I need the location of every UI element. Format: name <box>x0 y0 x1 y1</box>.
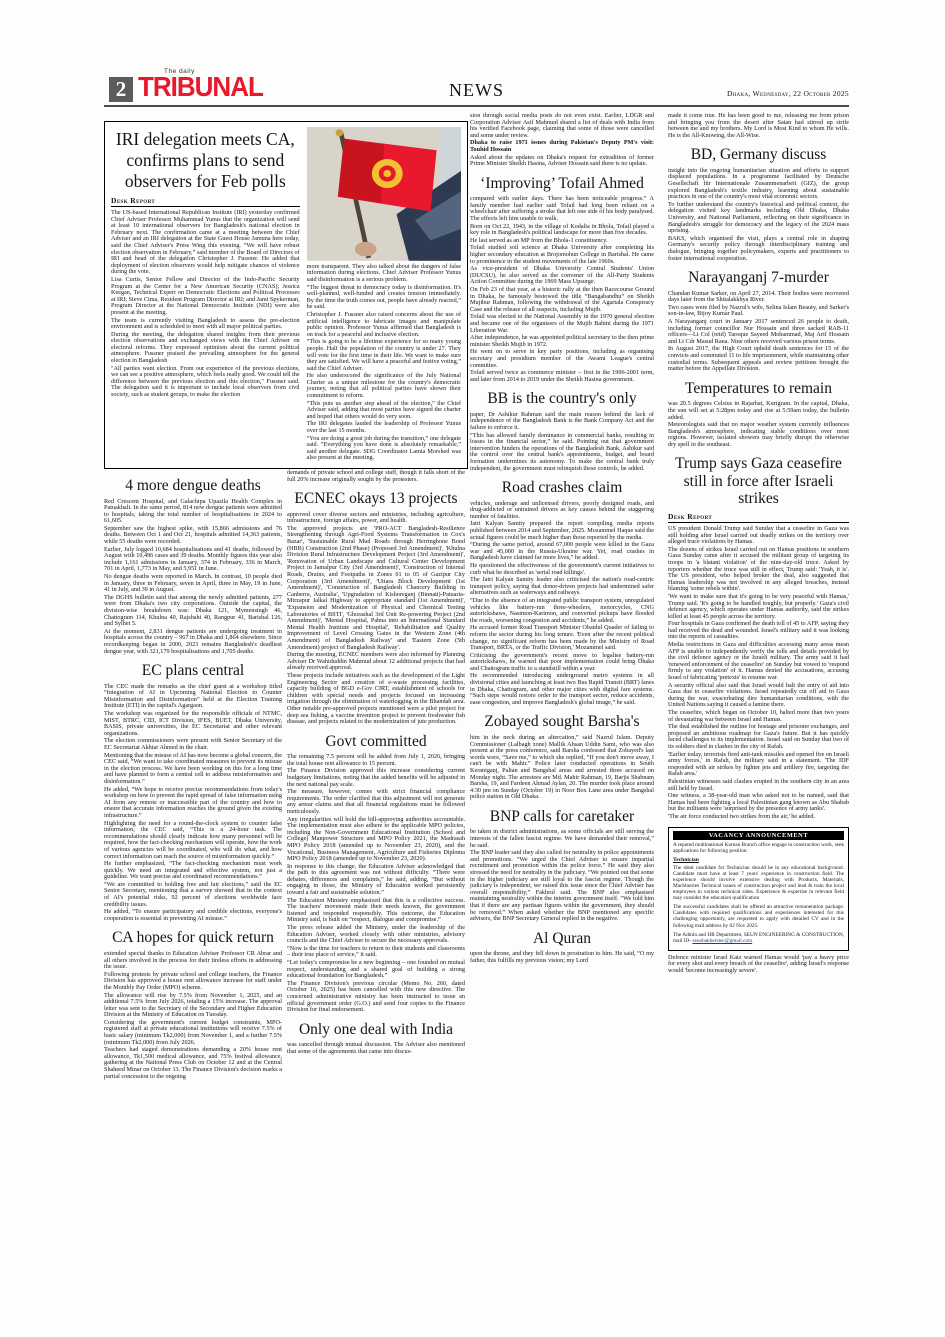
article-paragraph: vehicles, underage and unlicensed driver… <box>470 501 654 521</box>
article-headline: BD, Germany discuss <box>668 146 849 164</box>
article-paragraph: He went on to serve in key party positio… <box>470 349 654 369</box>
article-paragraph: Criticising the government's recent move… <box>470 653 654 673</box>
vacancy-advertisement: VACANCY ANNOUNCEMENT A reputed multinati… <box>668 827 849 951</box>
article-paragraph: The CEC made the remarks as the chief gu… <box>104 684 282 710</box>
byline: Desk Report <box>668 512 849 523</box>
article-paragraph: demands of private school and college st… <box>287 470 465 483</box>
article-temperatures-to-remain: Temperatures to remainwas 20.5 degrees C… <box>668 380 849 449</box>
article-paragraph: was 20.5 degrees Celsius in Rajarhat, Ku… <box>668 401 849 421</box>
article-continuation-al-quran: made it come true. He has been good to m… <box>668 113 849 139</box>
ad-intro: A reputed multinational Korean Branch of… <box>673 842 844 854</box>
article-paragraph: In response to this change, the Educatio… <box>287 864 465 897</box>
article-paragraph: Meteorologists said that no major weathe… <box>668 422 849 448</box>
article-paragraph: The deal established the outline for hos… <box>668 724 849 750</box>
article-zobayed-sought-barsha: Zobayed sought Barsha'shim in the neck d… <box>470 713 654 800</box>
article-headline: ‘Improving’ Tofail Ahmed <box>470 175 654 193</box>
article-paragraph: “Let today's compromise be a new beginni… <box>287 960 465 980</box>
article-paragraph: Following protests by private school and… <box>104 972 282 992</box>
ad-requirements: The ideal candidate for Technician shoul… <box>673 865 844 902</box>
article-paragraph: During the meeting, the delegation share… <box>111 332 300 365</box>
article-paragraph: “Now is the time for teachers to return … <box>287 946 465 959</box>
article-paragraph: A security official also said that Israe… <box>668 683 849 709</box>
article-ca-hopes-quick-return: CA hopes for quick returnextended specia… <box>104 929 282 1080</box>
article-paragraph: made it come true. He has been good to m… <box>668 113 849 139</box>
column-2: demands of private school and college st… <box>287 470 465 1056</box>
article-paragraph: The measure, however, comes with strict … <box>287 789 465 815</box>
article-headline: Al Quran <box>470 930 654 948</box>
article-only-one-deal-india: Only one deal with Indiawas cancelled th… <box>287 1021 465 1056</box>
article-paragraph: During the meeting, ECNEC members were a… <box>287 652 465 672</box>
article-paragraph: 'We want to make sure that it's going to… <box>668 594 849 620</box>
article-paragraph: The dozens of strikes Israel carried out… <box>668 547 849 593</box>
newspaper-page: 2 The daily TRIBUNAL NEWS Dhaka, Wednesd… <box>0 0 945 1337</box>
column-3: sion through social media posts do not e… <box>470 113 654 965</box>
article-paragraph: insight into the ongoing humanitarian si… <box>668 168 849 201</box>
article-paragraph: “This puts us another step ahead of the … <box>307 401 461 421</box>
article-paragraph: Two cases were filed by Nazrul's wife, S… <box>668 305 849 318</box>
lead-headline: IRI delegation meets CA, confirms plans … <box>111 129 300 192</box>
article-paragraph: One witness, a 38-year-old man who asked… <box>668 793 849 813</box>
article-paragraph: He last served as an MP from the Bhola-1… <box>470 238 654 245</box>
article-paragraph: After independence, he was appointed pol… <box>470 335 654 348</box>
article-paragraph: “This is going to be a lifetime experien… <box>307 339 461 372</box>
article-paragraph: extended special thanks to Education Adv… <box>104 951 282 971</box>
article-paragraph: Christopher J. Fussner also raised conce… <box>307 312 461 338</box>
column-4: made it come true. He has been good to m… <box>668 113 849 976</box>
article-paragraph: 'Earlier today, terrorists fired anti-ta… <box>668 752 849 778</box>
article-paragraph: Any irregularities will hold the bill-ap… <box>287 817 465 863</box>
article-paragraph: Red Crescent Hospital, and Galachipa Upa… <box>104 499 282 525</box>
article-headline: 4 more dengue deaths <box>104 477 282 495</box>
article-headline: Narayanganj 7-murder <box>668 269 849 287</box>
article-paragraph: The Education Ministry emphasized that t… <box>287 898 465 924</box>
article-paragraph: Palestinian witnesses said clashes erupt… <box>668 779 849 792</box>
article-paragraph: Born on Oct 22, 1943, in the village of … <box>470 224 654 237</box>
article-paragraph: Media restrictions in Gaza and difficult… <box>668 642 849 682</box>
article-paragraph: The IRI delegates lauded the leadership … <box>307 421 461 434</box>
article-dengue-deaths: 4 more dengue deathsRed Crescent Hospita… <box>104 477 282 655</box>
article-improving-tofail-ahmed: ‘Improving’ Tofail Ahmedcompared with ea… <box>470 175 654 384</box>
lead-left-column: IRI delegation meets CA, confirms plans … <box>111 127 300 463</box>
article-paragraph: “The biggest threat to democracy today i… <box>307 285 461 311</box>
article-paragraph: Defence minister Israel Katz warned Hama… <box>668 955 849 975</box>
article-paragraph: To further understand the country's hist… <box>668 202 849 235</box>
article-paragraph: The remaining 7.5 percent will be added … <box>287 754 465 767</box>
article-ecnec-okays-projects: ECNEC okays 13 projectsapproved cover di… <box>287 490 465 726</box>
article-paragraph: He added, “We hope to receive precise re… <box>104 787 282 820</box>
article-paragraph: A Narayanganj court in January 2017 sent… <box>668 319 849 345</box>
article-paragraph: In August 2017, the High Court upheld de… <box>668 346 849 372</box>
lead-body-right: more transparent. They also talked about… <box>307 264 461 463</box>
article-paragraph: These projects include initiatives such … <box>287 673 465 726</box>
article-paragraph: Mentioning that the misuse of AI has now… <box>104 753 282 786</box>
article-paragraph: more transparent. They also talked about… <box>307 264 461 284</box>
column-1: 4 more dengue deathsRed Crescent Hospita… <box>104 470 282 1081</box>
article-paragraph: compared with earlier days. There has be… <box>470 196 654 222</box>
article-paragraph: He accused former Road Transport Ministe… <box>470 625 654 651</box>
article-paragraph: Chandan Kumar Sarker, on April 27, 2014.… <box>668 291 849 304</box>
article-vacancy-ad: VACANCY ANNOUNCEMENT A reputed multinati… <box>668 827 849 951</box>
article-road-crashes-claim: Road crashes claimvehicles, underage and… <box>470 479 654 706</box>
article-headline: Govt committed <box>287 733 465 751</box>
article-govt-committed: Govt committedThe remaining 7.5 percent … <box>287 733 465 1014</box>
article-paragraph: The DGHS bulletin said that among the ne… <box>104 595 282 628</box>
article-paragraph: Tofail studied soil science at Dhaka Uni… <box>470 245 654 265</box>
article-trump-gaza-ceasefire: Trump says Gaza ceasefire still in force… <box>668 455 849 820</box>
article-paragraph: approved cover diverse sectors and minis… <box>287 512 465 525</box>
article-paragraph: The approved projects are 'PRO-ACT Bangl… <box>287 526 465 651</box>
article-paragraph: The Finance Division's previous circular… <box>287 981 465 1014</box>
article-paragraph: The workshop was organized for the respo… <box>104 711 282 737</box>
article-headline: Trump says Gaza ceasefire still in force… <box>668 455 849 508</box>
article-paragraph: “We are committed to holding free and fa… <box>104 882 282 908</box>
article-paragraph: Considering the government's current bud… <box>104 1020 282 1046</box>
lead-right-column: more transparent. They also talked about… <box>307 127 461 463</box>
article-headline: Only one deal with India <box>287 1021 465 1039</box>
article-paragraph: Jatri Kalyan Samity prepared the report … <box>470 521 654 541</box>
article-paragraph: “You are doing a great job during the tr… <box>307 436 461 462</box>
article-paragraph: The Finance Division approved this incre… <box>287 768 465 788</box>
article-paragraph: US president Donald Trump said Sunday th… <box>668 526 849 546</box>
article-paragraph: “During the same period, around 67,000 p… <box>470 542 654 562</box>
article-paragraph: 'The air force conducted two strikes fro… <box>668 814 849 821</box>
article-bd-germany-discuss: BD, Germany discussinsight into the ongo… <box>668 146 849 262</box>
article-headline: BB is the country's only <box>470 390 654 408</box>
article-narayanganj-7-murder: Narayanganj 7-murderChandan Kumar Sarker… <box>668 269 849 373</box>
article-paragraph: Asked about the updates on Dhaka's reque… <box>470 155 654 168</box>
masthead: 2 The daily TRIBUNAL NEWS Dhaka, Wednesd… <box>104 74 849 107</box>
article-continuation-india-deals: sion through social media posts do not e… <box>470 113 654 168</box>
article-continuation-katz: Defence minister Israel Katz warned Hama… <box>668 955 849 975</box>
ad-offer: The successful candidates shall be offer… <box>673 904 844 928</box>
article-paragraph: The Jatri Kalyan Samity leader also crit… <box>470 577 654 597</box>
article-bnp-calls-caretaker: BNP calls for caretakerbe taken in distr… <box>470 808 654 923</box>
article-paragraph: The ceasefire, which began on October 10… <box>668 710 849 723</box>
article-paragraph: “This has allowed family dominance in co… <box>470 433 654 473</box>
article-paragraph: At the moment, 2,831 dengue patients are… <box>104 629 282 655</box>
article-paragraph: “Due to the absence of an integrated pub… <box>470 598 654 624</box>
article-paragraph: Earlier, July logged 10,684 hospitalisat… <box>104 547 282 573</box>
article-headline: ECNEC okays 13 projects <box>287 490 465 508</box>
article-headline: Zobayed sought Barsha's <box>470 713 654 731</box>
article-bb-countrys-only: BB is the country's onlypaper, Dr Ashiku… <box>470 390 654 472</box>
article-paragraph: him in the neck during an altercation,” … <box>470 735 654 801</box>
article-paragraph: paper, Dr Ashikur Rahman said the main r… <box>470 412 654 432</box>
article-headline: BNP calls for caretaker <box>470 808 654 826</box>
article-paragraph: He added, “To ensure participatory and c… <box>104 909 282 922</box>
article-paragraph: upon the throne, and they fell down in p… <box>470 951 654 964</box>
byline: Desk Report <box>111 196 300 207</box>
article-paragraph: As vice-president of Dhaka University Ce… <box>470 266 654 286</box>
dateline: Dhaka, Wednesday, 22 October 2025 <box>727 89 849 98</box>
article-paragraph: He recommended introducing underground m… <box>470 673 654 706</box>
article-paragraph: Teachers had staged demonstrations deman… <box>104 1047 282 1080</box>
lead-story-box: IRI delegation meets CA, confirms plans … <box>104 121 468 469</box>
article-paragraph: September saw the highest spike, with 15… <box>104 526 282 546</box>
article-paragraph: No dengue deaths were reported in March.… <box>104 574 282 594</box>
article-headline: Temperatures to remain <box>668 380 849 398</box>
article-paragraph: be taken in district administrations, as… <box>470 829 654 849</box>
article-paragraph: He further emphasized, “The fact-checkin… <box>104 861 282 881</box>
lead-body-left: The US-based International Republican In… <box>111 210 300 399</box>
article-paragraph: Tofail served twice as commerce minister… <box>470 370 654 383</box>
article-paragraph: The team is currently visiting Banglades… <box>111 318 300 331</box>
article-paragraph: Highlighting the need for a round-the-cl… <box>104 821 282 861</box>
article-paragraph: The election commissioners were present … <box>104 738 282 751</box>
article-headline: EC plans central <box>104 662 282 680</box>
article-paragraph: He also underscored the significance of … <box>307 373 461 399</box>
sub-headline: Dhaka to raise 1971 issues during Pakist… <box>470 140 654 153</box>
article-paragraph: He questioned the effectiveness of the g… <box>470 563 654 576</box>
article-paragraph: The BNP leader said they also called for… <box>470 850 654 923</box>
article-paragraph: The US-based International Republican In… <box>111 210 300 276</box>
article-paragraph: The press release added the Ministry, un… <box>287 925 465 945</box>
article-headline: CA hopes for quick return <box>104 929 282 947</box>
article-continuation-mpo: demands of private school and college st… <box>287 470 465 483</box>
article-headline: Road crashes claim <box>470 479 654 497</box>
article-paragraph: The allowance will rise by 7.5% from Nov… <box>104 993 282 1019</box>
article-paragraph: Tofail was elected to the National Assem… <box>470 314 654 334</box>
bangladesh-flag-photo <box>307 127 461 261</box>
article-ec-plans-central: EC plans centralThe CEC made the remarks… <box>104 662 282 922</box>
article-al-quran: Al Quranupon the throne, and they fell d… <box>470 930 654 965</box>
ad-email-link[interactable]: seunbakherstec@gmail.com <box>692 938 752 944</box>
article-paragraph: Lisa Curtis, Senior Fellow and Director … <box>111 277 300 317</box>
ad-title: VACANCY ANNOUNCEMENT <box>673 831 844 840</box>
article-paragraph: "All parties want election. From our exp… <box>111 366 300 399</box>
article-paragraph: Four hospitals in Gaza confirmed the dea… <box>668 621 849 641</box>
article-paragraph: was cancelled through mutual discussion.… <box>287 1042 465 1055</box>
article-paragraph: BAKS, which organised the visit, plays a… <box>668 236 849 262</box>
ad-position-title: Technician <box>673 857 844 863</box>
article-paragraph: On Feb 23 of that year, at a historic ra… <box>470 287 654 313</box>
article-paragraph: sion through social media posts do not e… <box>470 113 654 139</box>
